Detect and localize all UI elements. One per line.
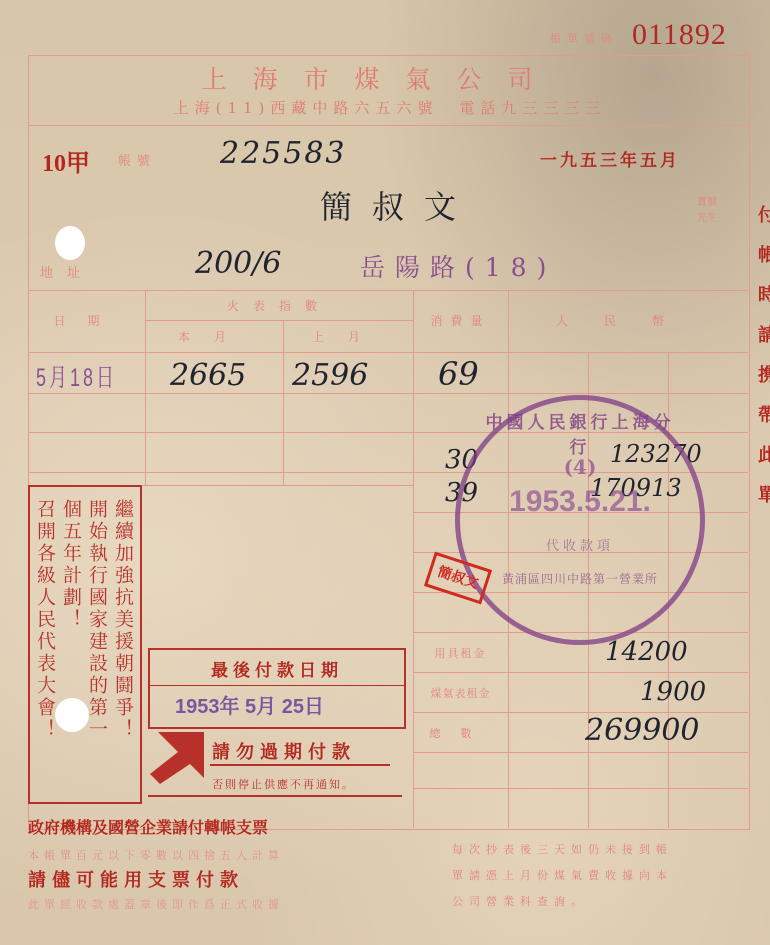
- inquiry-note-line: 公司營業科查詢。: [452, 889, 673, 915]
- slogan-box: 繼續加強抗美援朝鬪爭！ 開始執行國家建設的第一 個五年計劃！ 召開各級人民代表大…: [28, 485, 142, 804]
- slogan-line-3: 個五年計劃！: [58, 499, 84, 631]
- account-label: 帳號: [118, 150, 156, 169]
- fee-label-meter: 煤氣表租金: [413, 685, 508, 701]
- header-currency: 人民幣: [508, 312, 748, 329]
- warning-underline: [210, 764, 390, 766]
- fee-amount-appliance: 14200: [605, 637, 688, 667]
- receipt-note: 此單經收款處蓋章後即作爲正式收據: [28, 896, 284, 912]
- due-date-value: 1953年 5月 25日: [175, 690, 324, 719]
- header-consumption: 消費量: [413, 312, 508, 329]
- company-name: 上海市煤氣公司: [120, 60, 640, 96]
- rounding-note: 本帳單百元以下零數以四捨五入計算: [28, 847, 284, 863]
- this-month-reading: 2665: [170, 358, 246, 393]
- slogan-line-1: 繼續加強抗美援朝鬪爭！: [110, 499, 136, 741]
- grid-line: [413, 672, 748, 673]
- consumption-value: 69: [438, 355, 479, 393]
- header-this-month: 本月: [145, 328, 283, 345]
- header-divider: [28, 125, 748, 126]
- grid-line: [28, 290, 748, 291]
- serial-number: 011892: [632, 18, 727, 52]
- grid-line: [28, 393, 748, 394]
- address-handwritten: 200/6: [195, 246, 281, 281]
- honorific-2: 先生: [697, 209, 717, 224]
- arrow-icon: [148, 732, 204, 784]
- stamp-inner-text: 代收款項: [500, 535, 660, 554]
- address-label: 地址: [40, 262, 94, 281]
- warning-subtext: 否則停止供應不再通知。: [212, 776, 355, 792]
- grid-line: [413, 752, 748, 753]
- serial-label: 帳單號碼: [550, 30, 618, 46]
- warning-bottom-line: [148, 795, 402, 797]
- account-number: 225583: [220, 136, 347, 171]
- side-note: 付帳時請携帶此單: [752, 205, 770, 525]
- inquiry-note-line: 單請憑上月份煤氣費收據向本: [452, 863, 673, 889]
- customer-name: 簡叔文: [320, 182, 476, 228]
- inquiry-note: 每次抄表後三天如仍未接到帳 單請憑上月份煤氣費收據向本 公司營業科查詢。: [452, 837, 673, 915]
- stamp-bottom-text: 黃浦區四川中路第一營業所: [480, 570, 680, 587]
- cheque-note: 政府機構及國營企業請付轉帳支票: [28, 815, 268, 838]
- company-address: 上海(11)西藏中路六五六號 電話九三三三三: [70, 97, 710, 118]
- stamp-date: 1953.5.21.: [490, 485, 670, 519]
- warning-text: 請勿過期付款: [212, 738, 356, 764]
- reading-date: 5月18日: [36, 358, 117, 394]
- grid-line: [413, 290, 414, 828]
- fee-amount-total: 269900: [585, 713, 700, 748]
- stamp-outer-text: 中國人民銀行上海分行: [480, 408, 680, 458]
- cheque-request: 請儘可能用支票付款: [28, 866, 244, 892]
- due-date-title: 最後付款日期: [150, 656, 404, 681]
- last-month-reading: 2596: [292, 358, 368, 393]
- grid-line: [28, 352, 748, 353]
- inquiry-note-line: 每次抄表後三天如仍未接到帳: [452, 837, 673, 863]
- grid-line: [145, 290, 146, 485]
- bank-stamp: 中國人民銀行上海分行 (4) 1953.5.21. 代收款項 黃浦區四川中路第一…: [455, 395, 705, 645]
- fee-label-total: 總數: [413, 725, 508, 741]
- honorific-1: 寶號: [697, 193, 717, 208]
- fee-label-appliance: 用具租金: [413, 645, 508, 661]
- slogan-line-2: 開始執行國家建設的第一: [84, 499, 110, 741]
- header-meter-reading: 火表指數: [145, 297, 413, 314]
- grid-line: [145, 320, 413, 321]
- stamp-branch: (4): [540, 455, 620, 479]
- fee-amount-meter: 1900: [640, 677, 706, 707]
- address-stamped: 岳陽路(18): [360, 248, 556, 284]
- grid-line: [413, 788, 748, 789]
- form-code: 10甲: [42, 143, 90, 178]
- billing-period: 一九五三年五月: [540, 146, 680, 171]
- slogan-line-4: 召開各級人民代表大會！: [32, 499, 58, 741]
- due-date-box: 最後付款日期 1953年 5月 25日: [148, 648, 406, 729]
- punch-hole: [55, 226, 85, 260]
- header-last-month: 上月: [283, 328, 413, 345]
- header-date: 日期: [30, 312, 145, 329]
